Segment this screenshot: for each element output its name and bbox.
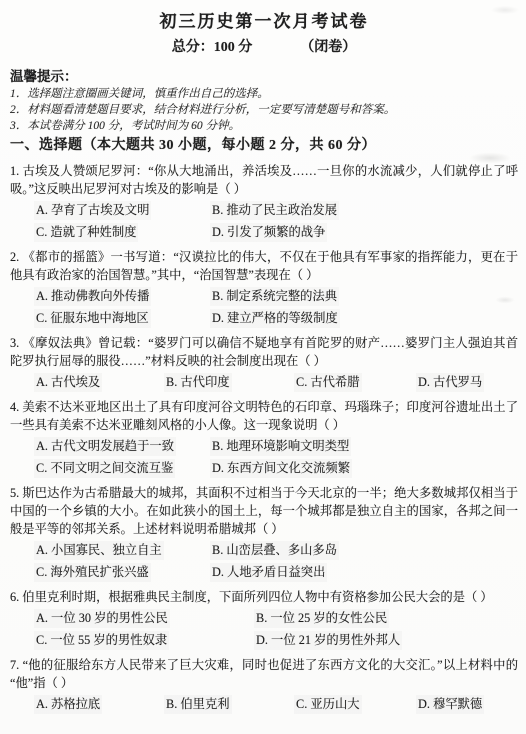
question-6: 6. 伯里克利时期，根据雅典民主制度，下面所列四位人物中有资格参加公民大会的是（… [10, 588, 518, 650]
exam-title: 初三历史第一次月考试卷 [10, 10, 518, 34]
question-2-option-b: B. 制定系统完整的法典 [210, 287, 339, 306]
notice-item-1: 1．选择题注意圈画关键词，慎重作出自己的选择。 [10, 86, 518, 102]
question-1-option-d: D. 引发了频繁的战争 [210, 223, 327, 242]
total-score-label: 总分：100 分 [172, 38, 253, 58]
question-3-stem: 3. 《摩奴法典》曾记载：“婆罗门可以确信不疑地享有首陀罗的财产……婆罗门主人强… [10, 334, 518, 370]
section-heading-choice-questions: 一、选择题（本大题共 30 小题，每小题 2 分，共 60 分） [10, 136, 518, 156]
notice-item-3: 3．本试卷满分 100 分，考试时间为 60 分钟。 [10, 118, 518, 134]
question-4-options: A. 古代文明发展趋于一致 B. 地理环境影响文明类型 C. 不同文明之间交流互… [10, 437, 518, 478]
question-7-option-c: C. 亚历山大 [294, 695, 362, 714]
question-2-option-d: D. 建立严格的等级制度 [210, 309, 340, 328]
exam-mode-label: （闭卷） [300, 38, 356, 58]
question-2-options: A. 推动佛教向外传播 B. 制定系统完整的法典 C. 征服东地中海地区 D. … [10, 287, 518, 328]
question-7: 7. “他的征服给东方人民带来了巨大灾难，同时也促进了东西方文化的大交汇。”以上… [10, 656, 518, 714]
question-5-option-b: B. 山峦层叠、多山多岛 [210, 541, 339, 560]
question-1-stem: 1. 古埃及人赞颂尼罗河：“你从大地涌出，养活埃及……一旦你的水流减少，人们就停… [10, 162, 518, 198]
exam-subtitle: 总分：100 分 （闭卷） [10, 38, 518, 58]
question-5-stem: 5. 斯巴达作为古希腊最大的城邦，其面积不过相当于今天北京的一半；绝大多数城邦仅… [10, 484, 518, 538]
question-1: 1. 古埃及人赞颂尼罗河：“你从大地涌出，养活埃及……一旦你的水流减少，人们就停… [10, 162, 518, 242]
question-7-options: A. 苏格拉底 B. 伯里克利 C. 亚历山大 D. 穆罕默德 [10, 695, 518, 714]
question-6-option-d: D. 一位 21 岁的男性外邦人 [254, 631, 402, 650]
question-7-option-d: D. 穆罕默德 [416, 695, 484, 714]
question-3-option-c: C. 古代希腊 [294, 373, 362, 392]
question-5: 5. 斯巴达作为古希腊最大的城邦，其面积不过相当于今天北京的一半；绝大多数城邦仅… [10, 484, 518, 582]
question-1-option-c: C. 造就了种姓制度 [34, 223, 138, 242]
notice-heading: 温馨提示： [10, 68, 518, 86]
question-5-options: A. 小国寡民、独立自主 B. 山峦层叠、多山多岛 C. 海外殖民扩张兴盛 D.… [10, 541, 518, 582]
question-1-options: A. 孕育了古埃及文明 B. 推动了民主政治发展 C. 造就了种姓制度 D. 引… [10, 201, 518, 242]
exam-header: 初三历史第一次月考试卷 总分：100 分 （闭卷） [10, 10, 518, 58]
question-1-option-b: B. 推动了民主政治发展 [210, 201, 339, 220]
question-3-options: A. 古代埃及 B. 古代印度 C. 古代希腊 D. 古代罗马 [10, 373, 518, 392]
question-1-option-a: A. 孕育了古埃及文明 [34, 201, 151, 220]
question-4: 4. 美索不达米亚地区出土了具有印度河谷文明特色的石印章、玛瑙珠子；印度河谷遗址… [10, 398, 518, 478]
question-6-option-b: B. 一位 25 岁的女性公民 [254, 609, 389, 628]
exam-notice: 温馨提示： 1．选择题注意圈画关键词，慎重作出自己的选择。 2．材料题看清楚题目… [10, 68, 518, 134]
question-5-option-a: A. 小国寡民、独立自主 [34, 541, 164, 560]
question-2-option-c: C. 征服东地中海地区 [34, 309, 151, 328]
question-4-stem: 4. 美索不达米亚地区出土了具有印度河谷文明特色的石印章、玛瑙珠子；印度河谷遗址… [10, 398, 518, 434]
question-4-option-d: D. 东西方间文化交流频繁 [210, 459, 352, 478]
notice-item-2: 2．材料题看清楚题目要求，结合材料进行分析，一定要写清楚题号和答案。 [10, 102, 518, 118]
exam-paper-page: 初三历史第一次月考试卷 总分：100 分 （闭卷） 温馨提示： 1．选择题注意圈… [0, 0, 526, 734]
question-3-option-d: D. 古代罗马 [416, 373, 484, 392]
question-4-option-c: C. 不同文明之间交流互鉴 [34, 459, 175, 478]
question-2-option-a: A. 推动佛教向外传播 [34, 287, 151, 306]
question-7-option-b: B. 伯里克利 [164, 695, 232, 714]
question-3-option-a: A. 古代埃及 [34, 373, 102, 392]
question-5-option-c: C. 海外殖民扩张兴盛 [34, 563, 151, 582]
question-4-option-b: B. 地理环境影响文明类型 [210, 437, 351, 456]
question-6-option-a: A. 一位 30 岁的男性公民 [34, 609, 170, 628]
question-7-stem: 7. “他的征服给东方人民带来了巨大灾难，同时也促进了东西方文化的大交汇。”以上… [10, 656, 518, 692]
question-7-option-a: A. 苏格拉底 [34, 695, 102, 714]
question-6-option-c: C. 一位 55 岁的男性奴隶 [34, 631, 169, 650]
question-4-option-a: A. 古代文明发展趋于一致 [34, 437, 176, 456]
question-2-stem: 2. 《都市的摇篮》一书写道：“汉谟拉比的伟大，不仅在于他具有军事家的指挥能力，… [10, 248, 518, 284]
question-6-options: A. 一位 30 岁的男性公民 B. 一位 25 岁的女性公民 C. 一位 55… [10, 609, 518, 650]
question-6-stem: 6. 伯里克利时期，根据雅典民主制度，下面所列四位人物中有资格参加公民大会的是（… [10, 588, 518, 606]
question-2: 2. 《都市的摇篮》一书写道：“汉谟拉比的伟大，不仅在于他具有军事家的指挥能力，… [10, 248, 518, 328]
question-3: 3. 《摩奴法典》曾记载：“婆罗门可以确信不疑地享有首陀罗的财产……婆罗门主人强… [10, 334, 518, 392]
question-3-option-b: B. 古代印度 [164, 373, 232, 392]
question-5-option-d: D. 人地矛盾日益突出 [210, 563, 327, 582]
